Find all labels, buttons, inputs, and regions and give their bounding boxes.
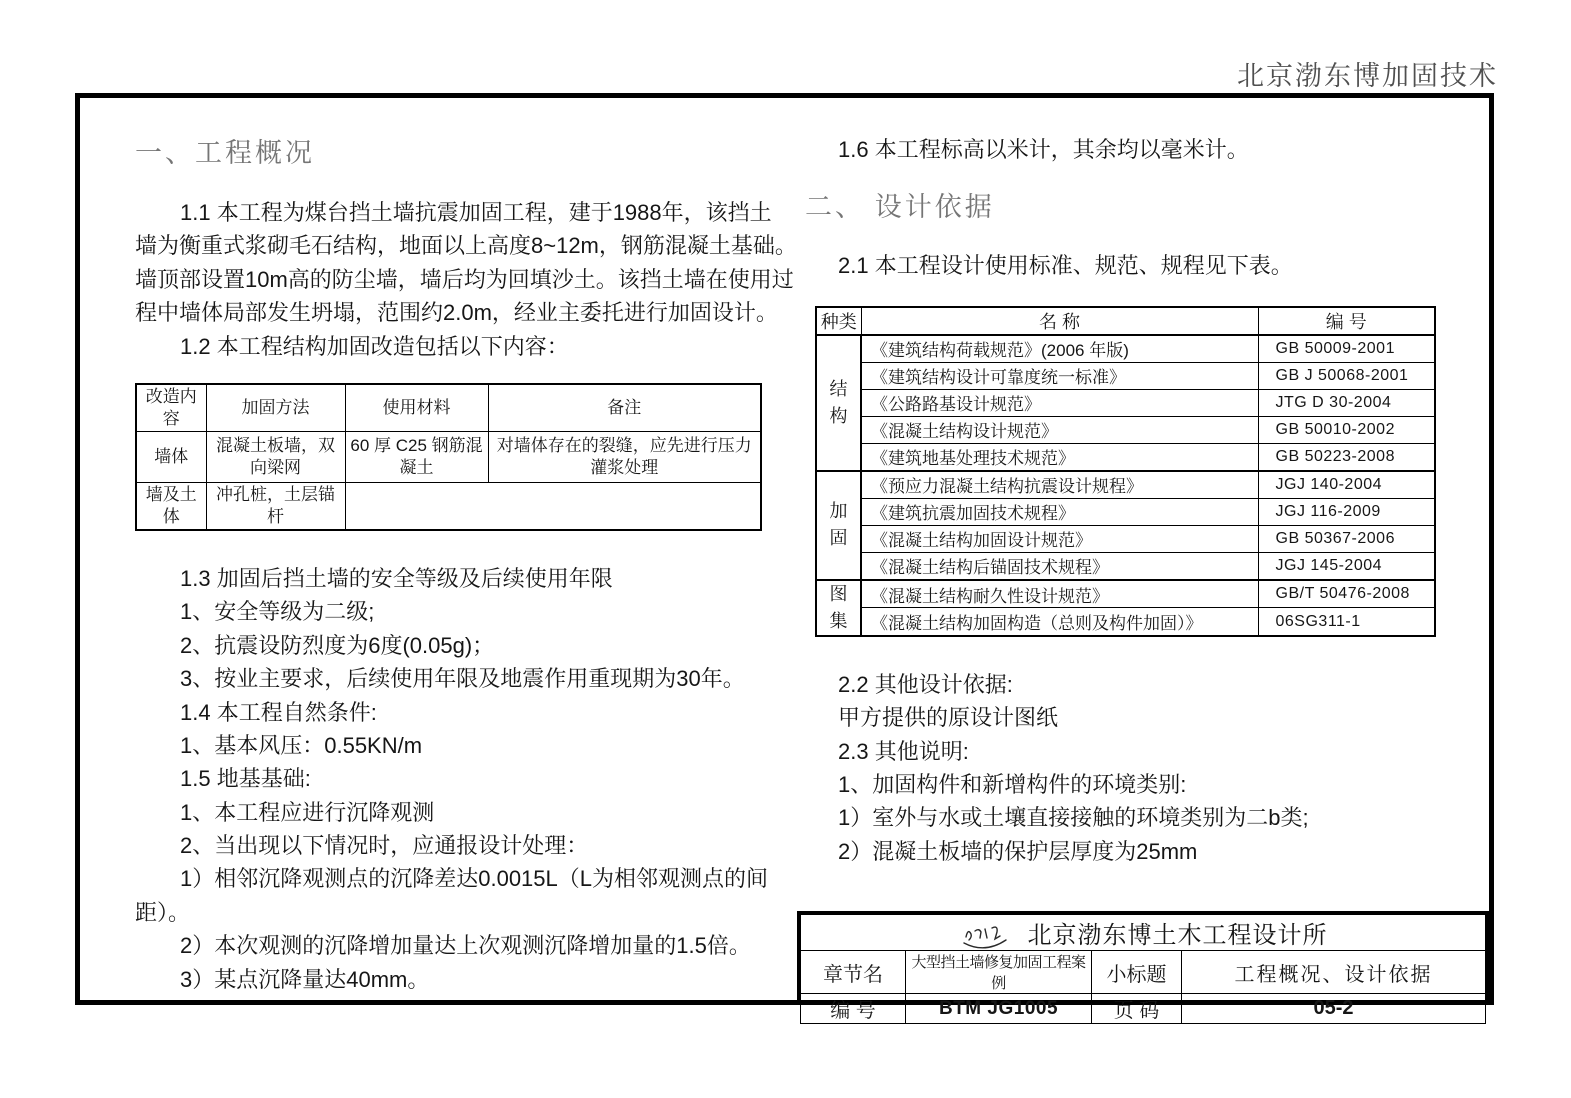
standard-name-cell: 《建筑结构设计可靠度统一标准》 bbox=[861, 362, 1258, 389]
table-cell: 墙体 bbox=[136, 431, 206, 482]
standard-code-cell: GB 50009-2001 bbox=[1258, 335, 1435, 363]
text-line: 2、当出现以下情况时，应通报设计处理： bbox=[135, 829, 775, 862]
table-header-cell: 改造内容 bbox=[136, 384, 206, 432]
text-line: 2.3 其他说明: bbox=[805, 735, 1467, 768]
text-line: 1.3 加固后挡土墙的安全等级及后续使用年限 bbox=[135, 562, 775, 595]
text-line: 墙顶部设置10m高的防尘墙，墙后均为回填沙土。该挡土墙在使用过 bbox=[135, 263, 775, 296]
text-line: 1、安全等级为二级; bbox=[135, 595, 775, 628]
document-page: 北京渤东博加固技术 一、工程概况 1.1 本工程为煤台挡土墙抗震加固工程，建于1… bbox=[0, 0, 1571, 1098]
text-line: 3）某点沉降量达40mm。 bbox=[135, 963, 775, 996]
subtitle-label: 小标题 bbox=[1092, 951, 1182, 994]
text-line: 2）混凝土板墙的保护层厚度为25mm bbox=[805, 835, 1467, 868]
line-1-6: 1.6 本工程标高以米计，其余均以毫米计。 bbox=[805, 133, 1467, 166]
text-line: 1.4 本工程自然条件: bbox=[135, 696, 775, 729]
number-label: 编 号 bbox=[801, 994, 906, 1024]
standard-code-cell: GB J 50068-2001 bbox=[1258, 362, 1435, 389]
standards-header-cell: 种类 bbox=[816, 307, 861, 335]
company-name: 北京渤东博土木工程设计所 bbox=[1028, 923, 1328, 949]
table-cell: 墙及土体 bbox=[136, 482, 206, 530]
standard-name-cell: 《混凝土结构加固构造（总则及构件加固）》 bbox=[861, 608, 1258, 636]
text-line: 2.2 其他设计依据: bbox=[805, 668, 1467, 701]
page-code-value: 05-2 bbox=[1182, 994, 1486, 1024]
text-line: 程中墙体局部发生坍塌，范围约2.0m，经业主委托进行加固设计。 bbox=[135, 296, 775, 329]
standard-code-cell: JGJ 145-2004 bbox=[1258, 552, 1435, 580]
standard-name-cell: 《混凝土结构耐久性设计规范》 bbox=[861, 580, 1258, 608]
standard-code-cell: GB 50367-2006 bbox=[1258, 525, 1435, 552]
modification-table: 改造内容加固方法使用材料备注墙体混凝土板墙，双向梁网60 厚 C25 钢筋混凝土… bbox=[135, 383, 762, 531]
table-cell: 冲孔桩，土层锚杆 bbox=[206, 482, 345, 530]
standards-header-cell: 编 号 bbox=[1258, 307, 1435, 335]
text-line: 1.5 地基基础: bbox=[135, 762, 775, 795]
table-cell: 混凝土板墙，双向梁网 bbox=[206, 431, 345, 482]
standard-name-cell: 《混凝土结构后锚固技术规程》 bbox=[861, 552, 1258, 580]
table-header-cell: 使用材料 bbox=[345, 384, 488, 432]
company-logo-icon bbox=[959, 924, 1011, 950]
standard-name-cell: 《公路路基设计规范》 bbox=[861, 389, 1258, 416]
text-line: 墙为衡重式浆砌毛石结构，地面以上高度8~12m，钢筋混凝土基础。 bbox=[135, 229, 775, 262]
text-line: 3、按业主要求，后续使用年限及地震作用重现期为30年。 bbox=[135, 662, 775, 695]
category-cell: 加 固 bbox=[816, 471, 861, 580]
text-line: 1）相邻沉降观测点的沉降差达0.0015L（L为相邻观测点的间 bbox=[135, 862, 775, 895]
title-block: 北京渤东博土木工程设计所 章节名 大型挡土墙修复加固工程案例 小标题 工程概况、… bbox=[797, 911, 1489, 1003]
number-value: BTM JG1005 bbox=[906, 994, 1092, 1024]
right-text-lines: 2.2 其他设计依据:甲方提供的原设计图纸2.3 其他说明:1、加固构件和新增构… bbox=[805, 668, 1467, 868]
text-line: 1、本工程应进行沉降观测 bbox=[135, 796, 775, 829]
standard-name-cell: 《建筑地基处理技术规范》 bbox=[861, 443, 1258, 471]
standards-header-cell: 名 称 bbox=[861, 307, 1258, 335]
standard-name-cell: 《混凝土结构设计规范》 bbox=[861, 416, 1258, 443]
standard-code-cell: JTG D 30-2004 bbox=[1258, 389, 1435, 416]
category-cell: 图 集 bbox=[816, 580, 861, 636]
text-line: 1）室外与水或土壤直接接触的环境类别为二b类; bbox=[805, 801, 1467, 834]
standards-table: 种类名 称编 号结 构《建筑结构荷载规范》(2006 年版)GB 50009-2… bbox=[815, 306, 1436, 637]
chapter-label: 章节名 bbox=[801, 951, 906, 994]
page-header-text: 北京渤东博加固技术 bbox=[1237, 54, 1498, 93]
chapter-value: 大型挡土墙修复加固工程案例 bbox=[906, 951, 1092, 994]
paragraph-1-1: 1.1 本工程为煤台挡土墙抗震加固工程，建于1988年，该挡土墙为衡重式浆砌毛石… bbox=[135, 196, 775, 330]
standard-code-cell: GB 50010-2002 bbox=[1258, 416, 1435, 443]
line-2-1: 2.1 本工程设计使用标准、规范、规程见下表。 bbox=[805, 249, 1467, 282]
right-column: 1.6 本工程标高以米计，其余均以毫米计。 二、 设计依据 2.1 本工程设计使… bbox=[805, 133, 1467, 868]
page-code-label: 页 码 bbox=[1092, 994, 1182, 1024]
title-block-table: 北京渤东博土木工程设计所 章节名 大型挡土墙修复加固工程案例 小标题 工程概况、… bbox=[800, 914, 1486, 1024]
text-line: 1、加固构件和新增构件的环境类别: bbox=[805, 768, 1467, 801]
table-header-cell: 加固方法 bbox=[206, 384, 345, 432]
standard-name-cell: 《建筑结构荷载规范》(2006 年版) bbox=[861, 335, 1258, 363]
text-line: 1、基本风压：0.55KN/m bbox=[135, 729, 775, 762]
standard-name-cell: 《建筑抗震加固技术规程》 bbox=[861, 498, 1258, 525]
left-text-lines: 1.3 加固后挡土墙的安全等级及后续使用年限1、安全等级为二级;2、抗震设防烈度… bbox=[135, 562, 775, 996]
line-1-2: 1.2 本工程结构加固改造包括以下内容： bbox=[135, 330, 775, 363]
table-cell: 对墙体存在的裂缝，应先进行压力灌浆处理 bbox=[488, 431, 761, 482]
table-cell: 60 厚 C25 钢筋混凝土 bbox=[345, 431, 488, 482]
section1-heading: 一、工程概况 bbox=[135, 136, 775, 170]
text-line: 1.1 本工程为煤台挡土墙抗震加固工程，建于1988年，该挡土 bbox=[135, 196, 775, 229]
category-cell: 结 构 bbox=[816, 335, 861, 471]
table-cell-empty bbox=[345, 482, 761, 530]
text-line: 2、抗震设防烈度为6度(0.05g)； bbox=[135, 629, 775, 662]
company-row: 北京渤东博土木工程设计所 bbox=[801, 915, 1486, 951]
standard-name-cell: 《混凝土结构加固设计规范》 bbox=[861, 525, 1258, 552]
standard-code-cell: JGJ 116-2009 bbox=[1258, 498, 1435, 525]
standard-code-cell: 06SG311-1 bbox=[1258, 608, 1435, 636]
text-line: 甲方提供的原设计图纸 bbox=[805, 701, 1467, 734]
subtitle-value: 工程概况、设计依据 bbox=[1182, 951, 1486, 994]
section2-heading: 二、 设计依据 bbox=[805, 190, 1467, 224]
text-line: 2）本次观测的沉降增加量达上次观测沉降增加量的1.5倍。 bbox=[135, 929, 775, 962]
text-line: 距）。 bbox=[135, 896, 775, 929]
table-header-cell: 备注 bbox=[488, 384, 761, 432]
left-column: 一、工程概况 1.1 本工程为煤台挡土墙抗震加固工程，建于1988年，该挡土墙为… bbox=[135, 136, 775, 996]
standard-code-cell: GB 50223-2008 bbox=[1258, 443, 1435, 471]
standard-code-cell: GB/T 50476-2008 bbox=[1258, 580, 1435, 608]
standard-name-cell: 《预应力混凝土结构抗震设计规程》 bbox=[861, 471, 1258, 499]
standard-code-cell: JGJ 140-2004 bbox=[1258, 471, 1435, 499]
